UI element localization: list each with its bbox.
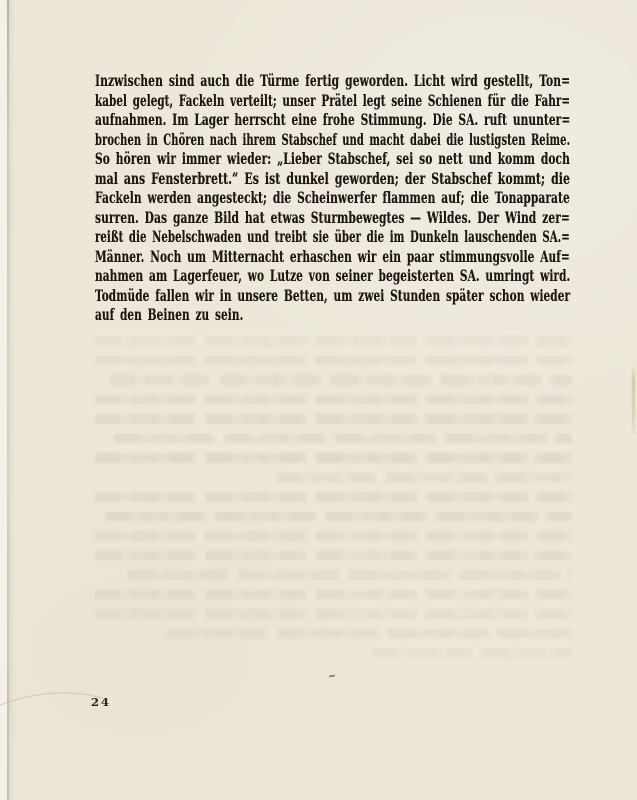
text-line: auf den Beinen zu sein. <box>95 305 570 325</box>
ghost-line <box>95 453 572 463</box>
ink-speck <box>329 675 335 678</box>
text-line-content: brochen in Chören nach ihrem Stabschef u… <box>95 130 570 150</box>
text-line: reißt die Nebelschwaden und treibt sie ü… <box>95 227 570 247</box>
text-line: surren. Das ganze Bild hat etwas Sturmbe… <box>95 208 570 228</box>
ghost-line <box>105 512 572 522</box>
page-edge-soft-shadow <box>9 0 15 800</box>
text-line-content: nahmen am Lagerfeuer, wo Lutze von seine… <box>95 266 570 286</box>
text-line: Fackeln werden angesteckt; die Scheinwer… <box>95 188 570 208</box>
ghost-line <box>372 648 572 658</box>
text-line-content: reißt die Nebelschwaden und treibt sie ü… <box>95 227 570 247</box>
page-number: 24 <box>91 695 111 709</box>
ghost-line <box>95 356 572 366</box>
ghost-line <box>95 531 572 541</box>
text-line: brochen in Chören nach ihrem Stabschef u… <box>95 130 570 150</box>
text-line: nahmen am Lagerfeuer, wo Lutze von seine… <box>95 266 570 286</box>
ghost-line <box>95 395 572 405</box>
ghost-line <box>167 629 572 639</box>
body-paragraph: Inzwischen sind auch die Türme fertig ge… <box>95 71 570 325</box>
text-line: mal ans Fensterbrett.“ Es ist dunkel gew… <box>95 169 570 189</box>
page-left-edge <box>0 0 7 800</box>
bleedthrough-ghost-text <box>95 336 572 668</box>
text-line-content: auf den Beinen zu sein. <box>95 305 243 325</box>
scanned-book-page: { "document": { "language": "de", "page_… <box>0 0 637 800</box>
ghost-line <box>95 492 572 502</box>
ghost-line <box>95 609 572 619</box>
text-line-content: kabel gelegt, Fackeln verteilt; unser Pr… <box>95 91 570 111</box>
text-line-content: aufnahmen. Im Lager herrscht eine frohe … <box>95 110 570 130</box>
text-line-content: mal ans Fensterbrett.“ Es ist dunkel gew… <box>95 169 570 189</box>
text-line: Männer. Noch um Mitternacht erhaschen wi… <box>95 247 570 267</box>
text-line: kabel gelegt, Fackeln verteilt; unser Pr… <box>95 91 570 111</box>
text-line-content: Männer. Noch um Mitternacht erhaschen wi… <box>95 247 570 267</box>
text-line-content: Fackeln werden angesteckt; die Scheinwer… <box>95 188 570 208</box>
ghost-line <box>128 570 572 580</box>
ghost-line <box>276 473 572 483</box>
text-line: So hören wir immer wieder: „Lieber Stabs… <box>95 149 570 169</box>
text-line: aufnahmen. Im Lager herrscht eine frohe … <box>95 110 570 130</box>
ghost-line <box>95 414 572 424</box>
text-line-content: Inzwischen sind auch die Türme fertig ge… <box>95 71 570 91</box>
text-line: Inzwischen sind auch die Türme fertig ge… <box>95 71 570 91</box>
right-edge-artifact <box>632 368 635 434</box>
scratch-mark <box>0 681 133 787</box>
text-line: Todmüde fallen wir in unsere Betten, um … <box>95 286 570 306</box>
ghost-line <box>95 336 572 346</box>
text-line-content: So hören wir immer wieder: „Lieber Stabs… <box>95 149 570 169</box>
text-line-content: surren. Das ganze Bild hat etwas Sturmbe… <box>95 208 570 228</box>
ghost-line <box>95 551 572 561</box>
ghost-line <box>95 590 572 600</box>
ghost-line <box>109 375 572 385</box>
ghost-line <box>114 434 572 444</box>
text-line-content: Todmüde fallen wir in unsere Betten, um … <box>95 286 570 306</box>
